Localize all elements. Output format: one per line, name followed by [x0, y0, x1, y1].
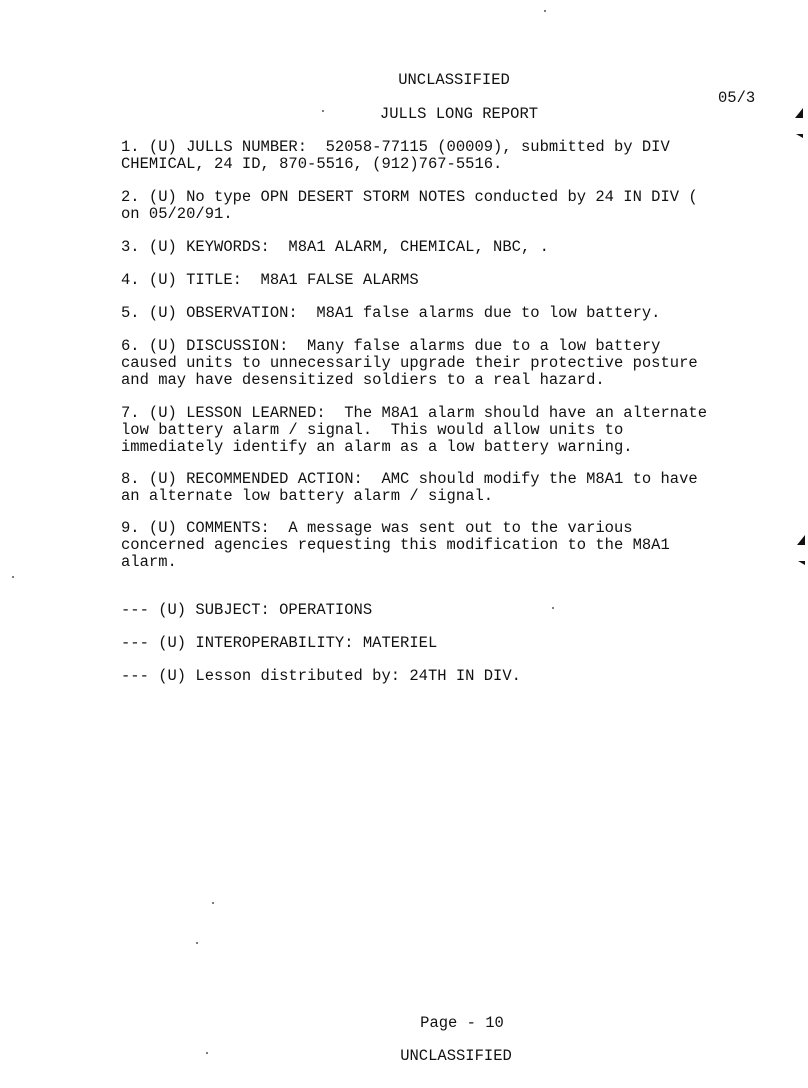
paragraph-comments-line-1: 9. (U) COMMENTS: A message was sent out … [121, 520, 633, 537]
scan-speck [12, 576, 14, 578]
scan-speck [544, 10, 546, 12]
paragraph-lesson-learned-line-1: 7. (U) LESSON LEARNED: The M8A1 alarm sh… [121, 405, 707, 422]
paragraph-julls-number-line-1: 1. (U) JULLS NUMBER: 52058-77115 (00009)… [121, 139, 670, 156]
paragraph-operation-line-2: on 05/20/91. [121, 206, 233, 223]
classification-header: UNCLASSIFIED [0, 72, 808, 89]
paragraph-observation: 5. (U) OBSERVATION: M8A1 false alarms du… [121, 305, 661, 322]
paragraph-keywords: 3. (U) KEYWORDS: M8A1 ALARM, CHEMICAL, N… [121, 239, 549, 256]
subject-line: --- (U) SUBJECT: OPERATIONS [121, 602, 372, 619]
scan-speck [196, 942, 198, 944]
paragraph-title: 4. (U) TITLE: M8A1 FALSE ALARMS [121, 272, 419, 289]
page-number: Page - 10 [0, 1015, 808, 1032]
paragraph-recommended-action-line-1: 8. (U) RECOMMENDED ACTION: AMC should mo… [121, 471, 698, 488]
scan-speck [322, 110, 324, 112]
margin-mark-icon [798, 561, 805, 565]
distribution-line: --- (U) Lesson distributed by: 24TH IN D… [121, 668, 521, 685]
paragraph-operation-line-1: 2. (U) No type OPN DESERT STORM NOTES co… [121, 189, 698, 206]
paragraph-recommended-action-line-2: an alternate low battery alarm / signal. [121, 488, 493, 505]
classification-footer: UNCLASSIFIED [0, 1048, 808, 1065]
paragraph-lesson-learned-line-2: low battery alarm / signal. This would a… [121, 422, 623, 439]
paragraph-discussion-line-1: 6. (U) DISCUSSION: Many false alarms due… [121, 338, 661, 355]
report-title: JULLS LONG REPORT [0, 106, 808, 123]
margin-mark-icon [796, 134, 803, 138]
paragraph-discussion-line-3: and may have desensitized soldiers to a … [121, 372, 605, 389]
paragraph-comments-line-3: alarm. [121, 554, 177, 571]
page-code: 05/3 [718, 90, 755, 107]
interoperability-line: --- (U) INTEROPERABILITY: MATERIEL [121, 635, 437, 652]
paragraph-comments-line-2: concerned agencies requesting this modif… [121, 537, 670, 554]
scan-speck [212, 902, 214, 904]
scan-speck [206, 1052, 208, 1054]
scan-speck [552, 607, 554, 609]
paragraph-lesson-learned-line-3: immediately identify an alarm as a low b… [121, 439, 633, 456]
margin-mark-icon [795, 108, 803, 118]
paragraph-discussion-line-2: caused units to unnecessarily upgrade th… [121, 355, 698, 372]
margin-mark-icon [797, 535, 805, 545]
paragraph-julls-number-line-2: CHEMICAL, 24 ID, 870-5516, (912)767-5516… [121, 156, 502, 173]
